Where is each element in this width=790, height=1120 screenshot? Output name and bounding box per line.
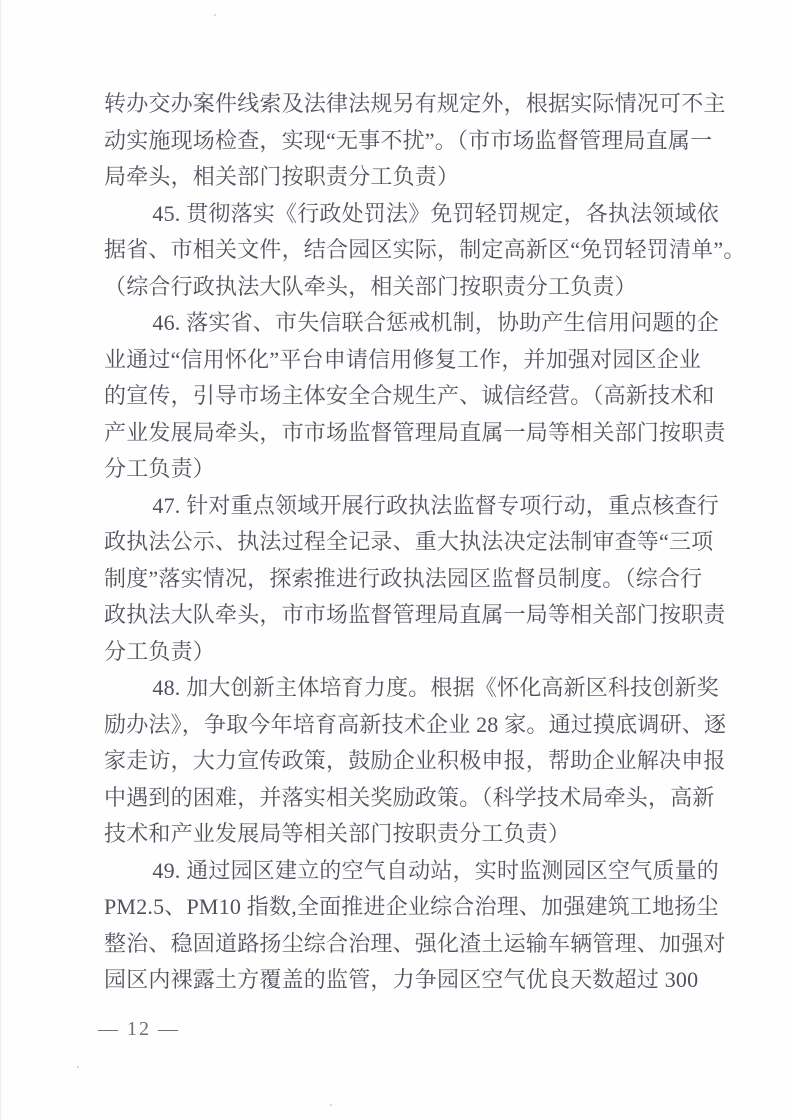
- text-line: 家走访，大力宣传政策，鼓励企业积极申报，帮助企业解决申报: [104, 743, 722, 780]
- scan-speck: [330, 1104, 332, 1106]
- text-line: 政执法大队牵头，市市场监督管理局直属一局等相关部门按职责: [104, 597, 722, 634]
- text-line: 产业发展局牵头，市市场监督管理局直属一局等相关部门按职责: [104, 415, 722, 452]
- text-line: PM2.5、PM10 指数,全面推进企业综合治理、加强建筑工地扬尘: [104, 889, 722, 926]
- scan-speck: [77, 1066, 79, 1068]
- text-line: 制度”落实情况，探索推进行政执法园区监督员制度。（综合行: [104, 561, 722, 598]
- text-line: 中遇到的困难，并落实相关奖励政策。（科学技术局牵头，高新: [104, 780, 722, 817]
- paragraph-item-48: 48. 加大创新主体培育力度。根据《怀化高新区科技创新奖 励办法》，争取今年培育…: [104, 670, 722, 853]
- scanned-document-page: 转办交办案件线索及法律法规另有规定外，根据实际情况可不主 动实施现场检查，实现“…: [0, 0, 790, 1120]
- text-line: 据省、市相关文件，结合园区实际，制定高新区“免罚轻罚清单”。: [104, 232, 722, 269]
- text-line: 49. 通过园区建立的空气自动站，实时监测园区空气质量的: [104, 853, 722, 890]
- scan-edge-artifact: [0, 0, 2, 1120]
- paragraph-44-continuation: 转办交办案件线索及法律法规另有规定外，根据实际情况可不主 动实施现场检查，实现“…: [104, 86, 722, 196]
- text-line: 46. 落实省、市失信联合惩戒机制，协助产生信用问题的企: [104, 305, 722, 342]
- text-line: 动实施现场检查，实现“无事不扰”。（市市场监督管理局直属一: [104, 123, 722, 160]
- text-line: 励办法》，争取今年培育高新技术企业 28 家。通过摸底调研、逐: [104, 707, 722, 744]
- text-line: 局牵头，相关部门按职责分工负责）: [104, 159, 722, 196]
- scan-speck: [214, 14, 216, 16]
- text-line: 48. 加大创新主体培育力度。根据《怀化高新区科技创新奖: [104, 670, 722, 707]
- text-line: 分工负责）: [104, 634, 722, 671]
- text-line: 整治、稳固道路扬尘综合治理、强化渣土运输车辆管理、加强对: [104, 926, 722, 963]
- document-body: 转办交办案件线索及法律法规另有规定外，根据实际情况可不主 动实施现场检查，实现“…: [104, 86, 722, 999]
- text-line: 政执法公示、执法过程全记录、重大执法决定法制审查等“三项: [104, 524, 722, 561]
- text-line: （综合行政执法大队牵头，相关部门按职责分工负责）: [104, 269, 722, 306]
- text-line: 的宣传，引导市场主体安全合规生产、诚信经营。（高新技术和: [104, 378, 722, 415]
- paragraph-item-49: 49. 通过园区建立的空气自动站，实时监测园区空气质量的 PM2.5、PM10 …: [104, 853, 722, 999]
- paragraph-item-45: 45. 贯彻落实《行政处罚法》免罚轻罚规定，各执法领域依 据省、市相关文件，结合…: [104, 196, 722, 306]
- text-line: 技术和产业发展局等相关部门按职责分工负责）: [104, 816, 722, 853]
- paragraph-item-46: 46. 落实省、市失信联合惩戒机制，协助产生信用问题的企 业通过“信用怀化”平台…: [104, 305, 722, 488]
- paragraph-item-47: 47. 针对重点领域开展行政执法监督专项行动，重点核查行 政执法公示、执法过程全…: [104, 488, 722, 671]
- text-line: 园区内裸露土方覆盖的监管，力争园区空气优良天数超过 300: [104, 962, 722, 999]
- text-line: 45. 贯彻落实《行政处罚法》免罚轻罚规定，各执法领域依: [104, 196, 722, 233]
- text-line: 转办交办案件线索及法律法规另有规定外，根据实际情况可不主: [104, 86, 722, 123]
- page-number: — 12 —: [98, 1018, 180, 1041]
- text-line: 业通过“信用怀化”平台申请信用修复工作，并加强对园区企业: [104, 342, 722, 379]
- text-line: 47. 针对重点领域开展行政执法监督专项行动，重点核查行: [104, 488, 722, 525]
- text-line: 分工负责）: [104, 451, 722, 488]
